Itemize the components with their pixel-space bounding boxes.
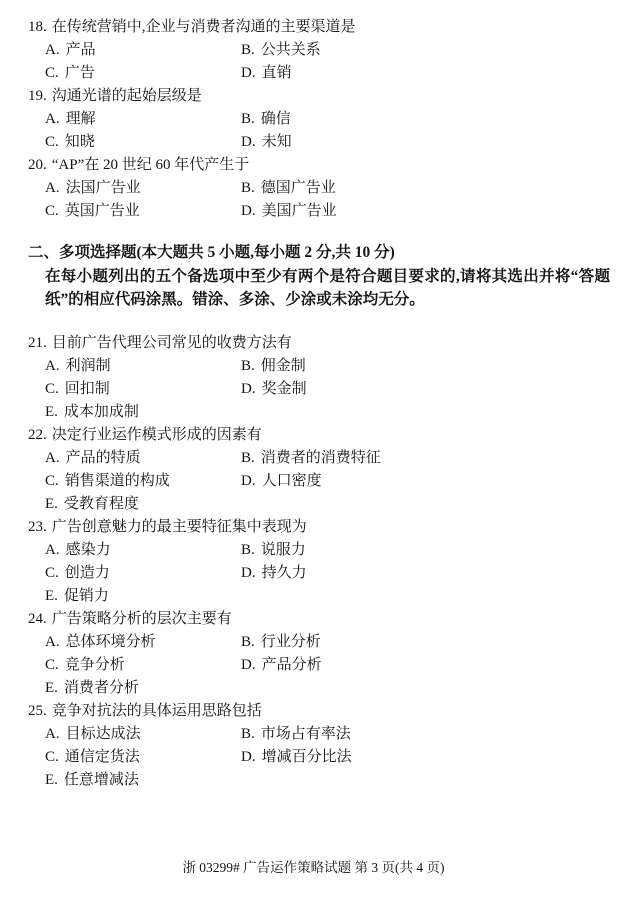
option-23-b: B.说服力 (241, 539, 607, 562)
question-stem: 决定行业运作模式形成的因素有 (52, 427, 262, 443)
option-25-b: B.市场占有率法 (241, 723, 607, 746)
page-footer: 浙 03299# 广告运作策略试题 第 3 页(共 4 页) (0, 858, 627, 878)
option-24-a: A.总体环境分析 (45, 631, 241, 654)
question-stem: 在传统营销中,企业与消费者沟通的主要渠道是 (52, 19, 356, 35)
question-stem: 竞争对抗法的具体运用思路包括 (52, 703, 262, 719)
question-20-options: A.法国广告业 B.德国广告业 C.英国广告业 D.美国广告业 (28, 177, 607, 223)
question-18-options: A.产品 B.公共关系 C.广告 D.直销 (28, 39, 607, 85)
question-number: 24. (28, 611, 47, 627)
question-number: 20. (28, 157, 47, 173)
option-20-b: B.德国广告业 (241, 177, 607, 200)
option-25-c: C.通信定货法 (45, 746, 241, 769)
question-25: 25.竞争对抗法的具体运用思路包括 A.目标达成法 B.市场占有率法 C.通信定… (28, 700, 607, 792)
question-stem: 广告策略分析的层次主要有 (52, 611, 232, 627)
question-23-options: A.感染力 B.说服力 C.创造力 D.持久力 E.促销力 (28, 539, 607, 608)
option-23-a: A.感染力 (45, 539, 241, 562)
option-18-d: D.直销 (241, 62, 607, 85)
question-stem: 沟通光谱的起始层级是 (52, 88, 202, 104)
question-24: 24.广告策略分析的层次主要有 A.总体环境分析 B.行业分析 C.竞争分析 D… (28, 608, 607, 700)
option-20-d: D.美国广告业 (241, 200, 607, 223)
option-18-b: B.公共关系 (241, 39, 607, 62)
option-25-e: E.任意增减法 (45, 769, 241, 792)
section-2-header: 二、多项选择题(本大题共 5 小题,每小题 2 分,共 10 分) 在每小题列出… (28, 240, 607, 311)
question-22: 22.决定行业运作模式形成的因素有 A.产品的特质 B.消费者的消费特征 C.销… (28, 424, 607, 516)
option-19-a: A.理解 (45, 108, 241, 131)
question-number: 19. (28, 88, 47, 104)
option-24-d: D.产品分析 (241, 654, 607, 677)
option-18-a: A.产品 (45, 39, 241, 62)
option-20-c: C.英国广告业 (45, 200, 241, 223)
option-22-e: E.受教育程度 (45, 493, 241, 516)
option-23-d: D.持久力 (241, 562, 607, 585)
option-24-e: E.消费者分析 (45, 677, 241, 700)
option-21-d: D.奖金制 (241, 378, 607, 401)
option-19-d: D.未知 (241, 131, 607, 154)
question-number: 18. (28, 19, 47, 35)
option-25-d: D.增减百分比法 (241, 746, 607, 769)
question-19: 19.沟通光谱的起始层级是 A.理解 B.确信 C.知晓 D.未知 (28, 85, 607, 154)
option-20-a: A.法国广告业 (45, 177, 241, 200)
section-2-title: 二、多项选择题(本大题共 5 小题,每小题 2 分,共 10 分) (28, 240, 607, 265)
question-stem: “AP”在 20 世纪 60 年代产生于 (52, 157, 250, 173)
question-number: 22. (28, 427, 47, 443)
option-19-c: C.知晓 (45, 131, 241, 154)
question-20: 20.“AP”在 20 世纪 60 年代产生于 A.法国广告业 B.德国广告业 … (28, 154, 607, 223)
question-24-options: A.总体环境分析 B.行业分析 C.竞争分析 D.产品分析 E.消费者分析 (28, 631, 607, 700)
question-21-options: A.利润制 B.佣金制 C.回扣制 D.奖金制 E.成本加成制 (28, 355, 607, 424)
option-22-b: B.消费者的消费特征 (241, 447, 607, 470)
question-21: 21.目前广告代理公司常见的收费方法有 A.利润制 B.佣金制 C.回扣制 D.… (28, 332, 607, 424)
option-24-c: C.竞争分析 (45, 654, 241, 677)
option-18-c: C.广告 (45, 62, 241, 85)
option-23-c: C.创造力 (45, 562, 241, 585)
question-stem: 目前广告代理公司常见的收费方法有 (52, 335, 292, 351)
question-23: 23.广告创意魅力的最主要特征集中表现为 A.感染力 B.说服力 C.创造力 D… (28, 516, 607, 608)
option-22-d: D.人口密度 (241, 470, 607, 493)
question-number: 25. (28, 703, 47, 719)
exam-page: 18.在传统营销中,企业与消费者沟通的主要渠道是 A.产品 B.公共关系 C.广… (0, 0, 627, 792)
question-number: 21. (28, 335, 47, 351)
question-22-options: A.产品的特质 B.消费者的消费特征 C.销售渠道的构成 D.人口密度 E.受教… (28, 447, 607, 516)
option-21-e: E.成本加成制 (45, 401, 241, 424)
option-24-b: B.行业分析 (241, 631, 607, 654)
option-22-c: C.销售渠道的构成 (45, 470, 241, 493)
option-23-e: E.促销力 (45, 585, 241, 608)
question-stem: 广告创意魅力的最主要特征集中表现为 (52, 519, 307, 535)
question-18: 18.在传统营销中,企业与消费者沟通的主要渠道是 A.产品 B.公共关系 C.广… (28, 16, 607, 85)
question-19-options: A.理解 B.确信 C.知晓 D.未知 (28, 108, 607, 154)
option-21-c: C.回扣制 (45, 378, 241, 401)
option-19-b: B.确信 (241, 108, 607, 131)
section-2-instructions: 在每小题列出的五个备选项中至少有两个是符合题目要求的,请将其选出并将“答题纸”的… (28, 265, 610, 311)
question-25-options: A.目标达成法 B.市场占有率法 C.通信定货法 D.增减百分比法 E.任意增减… (28, 723, 607, 792)
option-21-b: B.佣金制 (241, 355, 607, 378)
option-25-a: A.目标达成法 (45, 723, 241, 746)
option-21-a: A.利润制 (45, 355, 241, 378)
option-22-a: A.产品的特质 (45, 447, 241, 470)
question-number: 23. (28, 519, 47, 535)
